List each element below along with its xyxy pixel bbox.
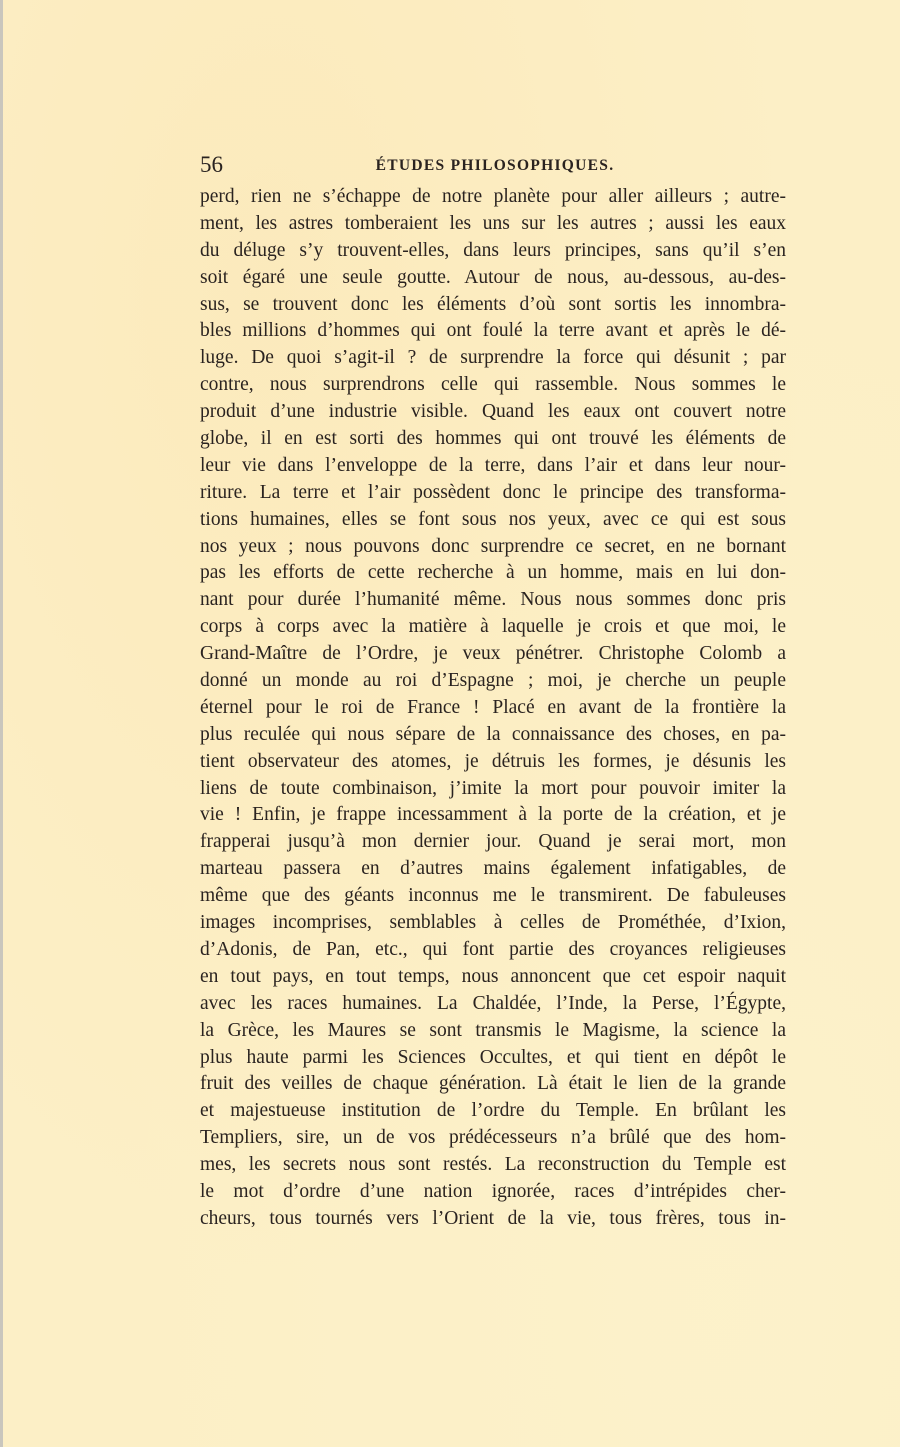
text-line: produit d’une industrie visible. Quand l… bbox=[200, 399, 786, 426]
text-line: et majestueuse institution de l’ordre du… bbox=[200, 1098, 786, 1125]
text-line: ment, les astres tomberaient les uns sur… bbox=[200, 211, 786, 238]
text-line: liens de toute combinaison, j’imite la m… bbox=[200, 776, 786, 803]
text-line: donné un monde au roi d’Espagne ; moi, j… bbox=[200, 668, 786, 695]
text-line: vie ! Enfin, je frappe incessamment à la… bbox=[200, 802, 786, 829]
text-line: avec les races humaines. La Chaldée, l’I… bbox=[200, 991, 786, 1018]
text-line: tions humaines, elles se font sous nos y… bbox=[200, 507, 786, 534]
text-line: perd, rien ne s’échappe de notre planète… bbox=[200, 184, 786, 211]
book-page: 56 ÉTUDES PHILOSOPHIQUES. perd, rien ne … bbox=[0, 0, 900, 1447]
page-edge-shadow bbox=[0, 0, 3, 1447]
text-line: pas les efforts de cette recherche à un … bbox=[200, 560, 786, 587]
text-line: corps à corps avec la matière à laquelle… bbox=[200, 614, 786, 641]
text-line: images incomprises, semblables à celles … bbox=[200, 910, 786, 937]
text-line: éternel pour le roi de France ! Placé en… bbox=[200, 695, 786, 722]
text-line: du déluge s’y trouvent-elles, dans leurs… bbox=[200, 238, 786, 265]
text-line: d’Adonis, de Pan, etc., qui font partie … bbox=[200, 937, 786, 964]
text-line: contre, nous surprendrons celle qui rass… bbox=[200, 372, 786, 399]
text-line: plus reculée qui nous sépare de la conna… bbox=[200, 722, 786, 749]
text-line: en tout pays, en tout temps, nous annonc… bbox=[200, 964, 786, 991]
text-line: cheurs, tous tournés vers l’Orient de la… bbox=[200, 1206, 786, 1233]
text-line: leur vie dans l’enveloppe de la terre, d… bbox=[200, 453, 786, 480]
text-line: la Grèce, les Maures se sont transmis le… bbox=[200, 1018, 786, 1045]
text-line: le mot d’ordre d’une nation ignorée, rac… bbox=[200, 1179, 786, 1206]
text-line: riture. La terre et l’air possèdent donc… bbox=[200, 480, 786, 507]
running-title: ÉTUDES PHILOSOPHIQUES. bbox=[200, 152, 790, 180]
text-line: sus, se trouvent donc les éléments d’où … bbox=[200, 292, 786, 319]
text-line: même que des géants inconnus me le trans… bbox=[200, 883, 786, 910]
running-head: 56 ÉTUDES PHILOSOPHIQUES. bbox=[200, 150, 790, 180]
text-line: soit égaré une seule goutte. Autour de n… bbox=[200, 265, 786, 292]
text-line: Templiers, sire, un de vos prédécesseurs… bbox=[200, 1125, 786, 1152]
text-line: plus haute parmi les Sciences Occultes, … bbox=[200, 1045, 786, 1072]
text-line: Grand-Maître de l’Ordre, je veux pénétre… bbox=[200, 641, 786, 668]
text-line: bles millions d’hommes qui ont foulé la … bbox=[200, 318, 786, 345]
text-line: marteau passera en d’autres mains égalem… bbox=[200, 856, 786, 883]
text-line: frapperai jusqu’à mon dernier jour. Quan… bbox=[200, 829, 786, 856]
text-line: nos yeux ; nous pouvons donc surprendre … bbox=[200, 534, 786, 561]
text-line: nant pour durée l’humanité même. Nous no… bbox=[200, 587, 786, 614]
body-text: perd, rien ne s’échappe de notre planète… bbox=[200, 184, 786, 1233]
text-line: mes, les secrets nous sont restés. La re… bbox=[200, 1152, 786, 1179]
text-line: tient observateur des atomes, je détruis… bbox=[200, 749, 786, 776]
text-line: fruit des veilles de chaque génération. … bbox=[200, 1071, 786, 1098]
text-line: globe, il en est sorti des hommes qui on… bbox=[200, 426, 786, 453]
text-line: luge. De quoi s’agit-il ? de surprendre … bbox=[200, 345, 786, 372]
